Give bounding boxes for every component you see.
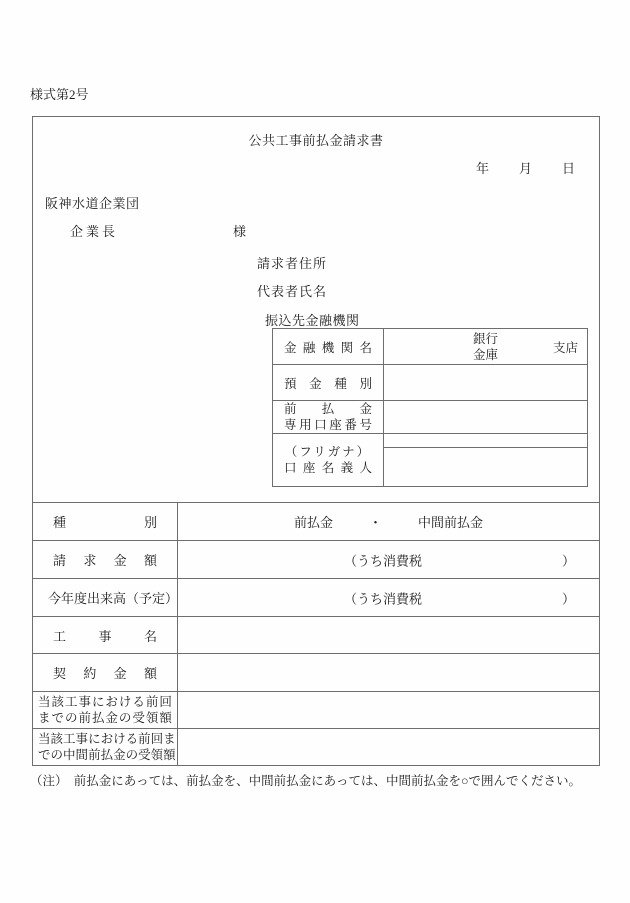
prev-advance-label-line2: までの前払金の受領額 — [38, 710, 172, 726]
account-holder-input-area — [384, 434, 587, 486]
bank-institution-input-cell[interactable]: 銀行 金庫 支店 — [384, 329, 587, 364]
progress-input-cell[interactable]: （うち消費税 ） — [178, 579, 599, 616]
prev-interim-input-cell[interactable] — [178, 729, 599, 765]
bank-option-kinko: 金庫 — [473, 347, 498, 363]
contract-amount-label-cell: 契約金額 — [33, 654, 178, 691]
deposit-type-row: 預金種別 — [273, 364, 587, 400]
bank-section-heading: 振込先金融機関 — [265, 310, 360, 329]
form-frame: 公共工事前払金請求書 年 月 日 阪神水道企業団 企業長 様 請求者住所 代表者… — [32, 116, 600, 766]
bank-option-bank: 銀行 — [473, 331, 498, 347]
type-option-advance[interactable]: 前払金 — [294, 512, 333, 531]
type-label-cell: 種別 — [33, 503, 178, 540]
addressee-title: 企業長 — [70, 221, 118, 240]
type-option-separator: ・ — [369, 512, 382, 531]
prev-interim-label-line1: 当該工事における前回ま — [38, 731, 172, 747]
work-name-label: 工事名 — [53, 626, 157, 645]
request-tax-prefix: （うち消費税 — [344, 550, 422, 569]
note-text: （注） 前払金にあっては、前払金を、中間前払金にあっては、中間前払金を○で囲んで… — [30, 771, 605, 789]
request-tax-suffix: ） — [562, 550, 575, 569]
account-holder-input-cell[interactable] — [384, 448, 587, 486]
progress-row: 今年度出来高（予定） （うち消費税 ） — [33, 578, 599, 616]
month-label: 月 — [519, 158, 532, 177]
requester-address-label: 請求者住所 — [257, 253, 327, 272]
progress-label: 今年度出来高（予定） — [48, 588, 177, 607]
request-amount-row: 請求金額 （うち消費税 ） — [33, 540, 599, 578]
account-number-label-line1: 前払金 — [284, 401, 372, 417]
work-name-row: 工事名 — [33, 616, 599, 653]
type-row: 種別 前払金 ・ 中間前払金 — [33, 503, 599, 540]
account-number-row: 前払金 専用口座番号 — [273, 400, 587, 433]
day-label: 日 — [562, 158, 575, 177]
bank-branch-label: 支店 — [553, 338, 578, 356]
work-name-label-cell: 工事名 — [33, 617, 178, 653]
furigana-label: （フリガナ） — [284, 444, 372, 460]
contract-amount-label: 契約金額 — [53, 663, 157, 682]
bank-kind-options: 銀行 金庫 — [473, 331, 498, 363]
bank-institution-label: 金融機関名 — [284, 338, 372, 356]
type-option-interim[interactable]: 中間前払金 — [418, 512, 483, 531]
contract-amount-input-cell[interactable] — [178, 654, 599, 691]
type-label: 種別 — [53, 512, 157, 531]
account-holder-label-cell: （フリガナ） 口座名義人 — [273, 434, 384, 486]
account-holder-label: 口座名義人 — [284, 460, 372, 476]
prev-interim-row: 当該工事における前回ま での中間前払金の受領額 — [33, 728, 599, 765]
type-value-cell[interactable]: 前払金 ・ 中間前払金 — [178, 503, 599, 540]
year-label: 年 — [476, 158, 489, 177]
furigana-input-cell[interactable] — [384, 434, 587, 448]
bank-institution-label-cell: 金融機関名 — [273, 329, 384, 364]
representative-name-label: 代表者氏名 — [257, 281, 327, 300]
prev-interim-label-cell: 当該工事における前回ま での中間前払金の受領額 — [33, 729, 178, 765]
request-amount-label: 請求金額 — [53, 550, 157, 569]
prev-advance-label-line1: 当該工事における前回 — [38, 694, 172, 710]
main-table: 種別 前払金 ・ 中間前払金 請求金額 （うち消費税 ） — [33, 502, 599, 765]
date-line: 年 月 日 — [476, 158, 599, 177]
deposit-type-label: 預金種別 — [284, 374, 372, 392]
form-title: 公共工事前払金請求書 — [33, 130, 599, 149]
request-amount-label-cell: 請求金額 — [33, 541, 178, 578]
prev-advance-row: 当該工事における前回 までの前払金の受領額 — [33, 691, 599, 728]
deposit-type-input-cell[interactable] — [384, 365, 587, 400]
bank-table: 金融機関名 銀行 金庫 支店 預金種別 前払金 — [272, 328, 588, 487]
deposit-type-label-cell: 預金種別 — [273, 365, 384, 400]
bank-institution-row: 金融機関名 銀行 金庫 支店 — [273, 329, 587, 364]
request-amount-input-cell[interactable]: （うち消費税 ） — [178, 541, 599, 578]
honorific-label: 様 — [233, 221, 246, 240]
addressee-organization: 阪神水道企業団 — [45, 193, 140, 212]
account-number-input-cell[interactable] — [384, 401, 587, 433]
prev-advance-label-cell: 当該工事における前回 までの前払金の受領額 — [33, 692, 178, 728]
progress-tax-suffix: ） — [562, 588, 575, 607]
prev-advance-input-cell[interactable] — [178, 692, 599, 728]
document-page: 様式第2号 公共工事前払金請求書 年 月 日 阪神水道企業団 企業長 様 請求者… — [0, 0, 630, 903]
account-number-label-line2: 専用口座番号 — [284, 417, 372, 433]
account-number-label-cell: 前払金 専用口座番号 — [273, 401, 384, 433]
contract-amount-row: 契約金額 — [33, 653, 599, 691]
work-name-input-cell[interactable] — [178, 617, 599, 653]
progress-tax-prefix: （うち消費税 — [344, 588, 422, 607]
form-number: 様式第2号 — [30, 84, 89, 103]
prev-interim-label-line2: での中間前払金の受領額 — [38, 747, 172, 763]
progress-label-cell: 今年度出来高（予定） — [33, 579, 178, 616]
account-holder-row: （フリガナ） 口座名義人 — [273, 433, 587, 486]
